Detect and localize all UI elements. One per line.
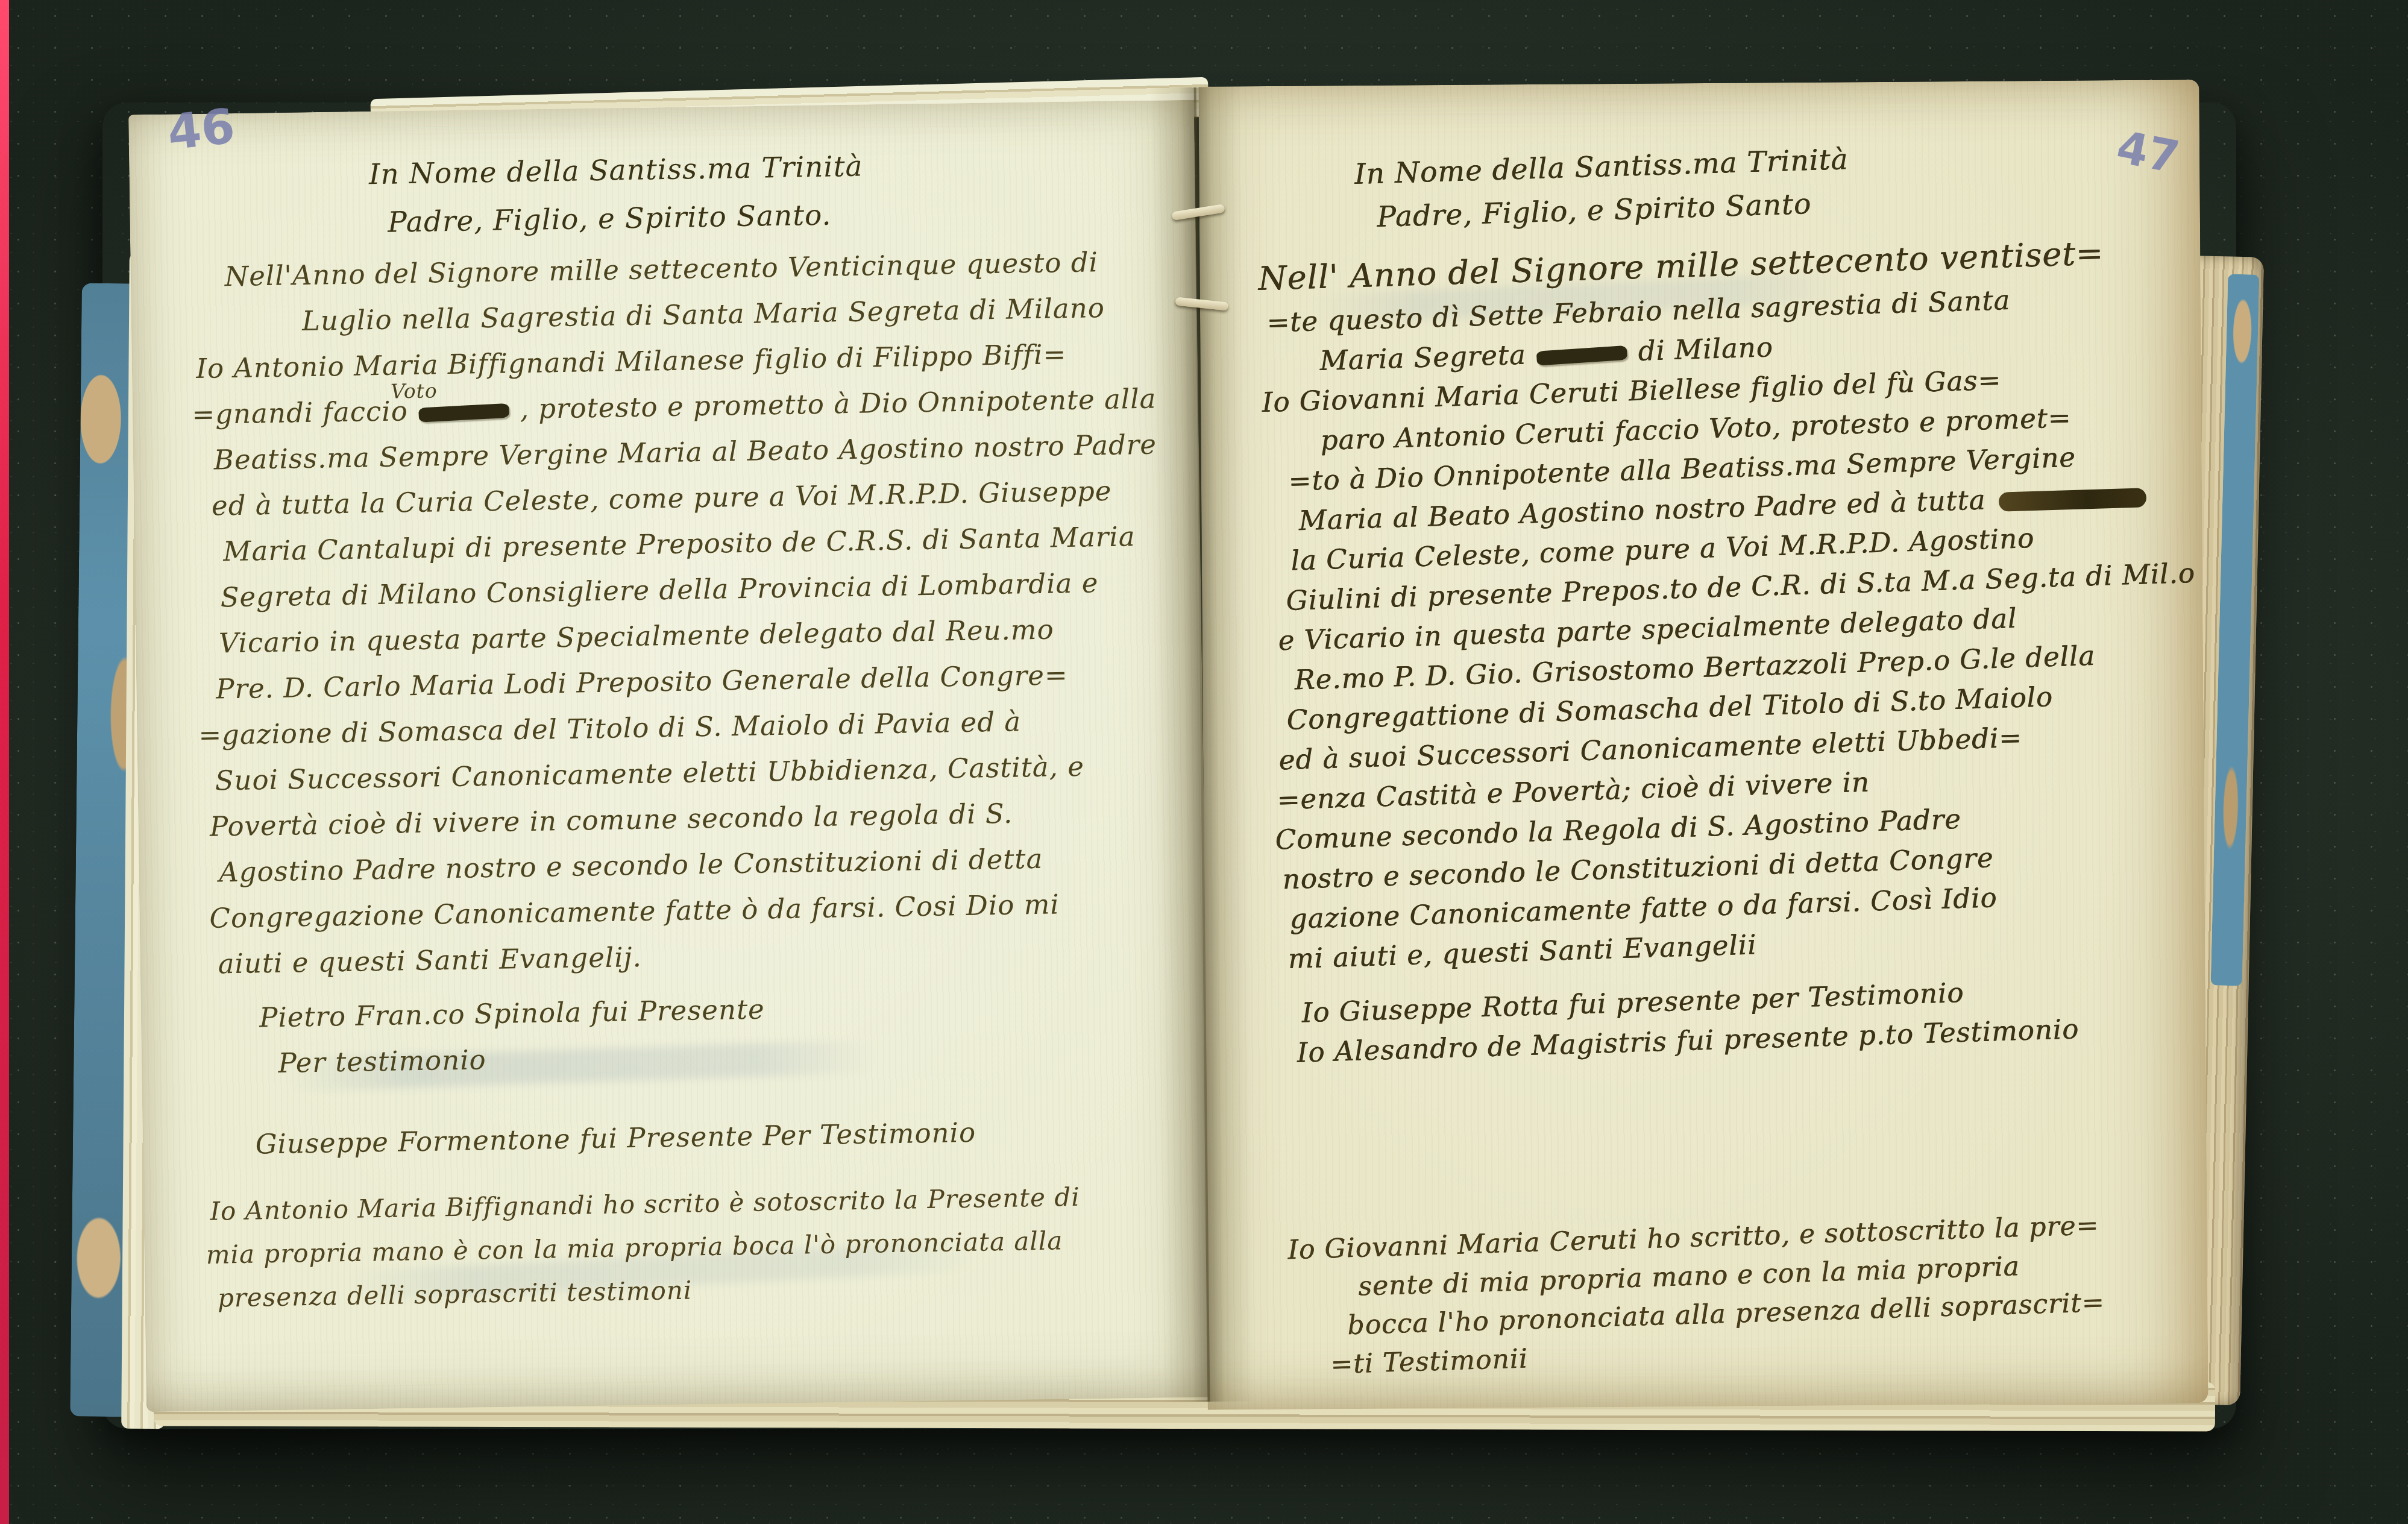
ink-blot-strikethrough [418, 403, 509, 422]
ink-blot-strikethrough [1536, 345, 1627, 365]
correction-prefix: Maria Segreta [1319, 339, 1527, 377]
left-page: In Nome della Santiss.ma Trinità Padre, … [128, 100, 1212, 1412]
vow-line-prefix: =gnandi faccio [192, 395, 408, 430]
page-number-left: 46 [165, 98, 237, 160]
inserted-word-voto: Voto [391, 379, 438, 403]
ink-smear [1999, 488, 2147, 511]
correction-suffix: di Milano [1638, 331, 1774, 367]
right-page-text: In Nome della Santiss.ma Trinità Padre, … [1254, 133, 2208, 1389]
witness-signature: Giuseppe Formentone fui Presente Per Tes… [255, 1113, 1175, 1174]
scan-edge-stripe [0, 0, 9, 1524]
manuscript-photo: In Nome della Santiss.ma Trinità Padre, … [0, 0, 2408, 1524]
right-page: In Nome della Santiss.ma Trinità Padre, … [1198, 80, 2208, 1410]
gutter-shadow [1149, 87, 1255, 1402]
left-page-text: In Nome della Santiss.ma Trinità Padre, … [188, 145, 1178, 1326]
